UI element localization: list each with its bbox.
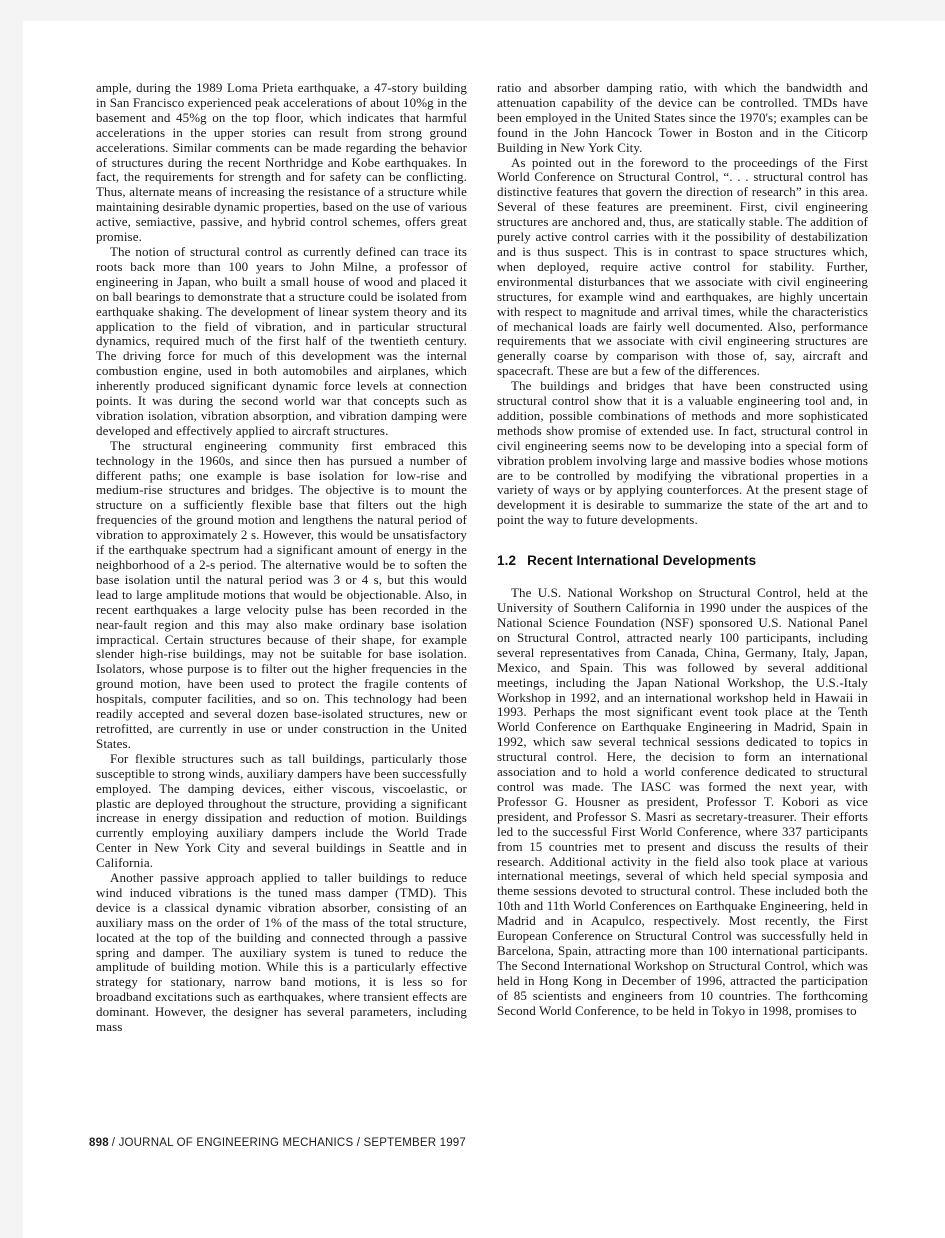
section-heading: 1.2Recent International Developments — [497, 553, 868, 569]
paragraph: The notion of structural control as curr… — [96, 245, 467, 439]
page-footer: 898/ JOURNAL OF ENGINEERING MECHANICS / … — [89, 1137, 466, 1149]
footer-page-number: 898 — [89, 1137, 109, 1149]
text-column-right: ratio and absorber damping ratio, with w… — [497, 81, 868, 1035]
paragraph: ample, during the 1989 Loma Prieta earth… — [96, 81, 467, 245]
paragraph: Another passive approach applied to tall… — [96, 871, 467, 1035]
footer-journal-title: / JOURNAL OF ENGINEERING MECHANICS / SEP… — [112, 1137, 466, 1149]
section-title: Recent International Developments — [527, 553, 756, 568]
viewer-background: ample, during the 1989 Loma Prieta earth… — [0, 0, 945, 1238]
paragraph: As pointed out in the foreword to the pr… — [497, 156, 868, 380]
page-body: ample, during the 1989 Loma Prieta earth… — [96, 81, 868, 1035]
section-number: 1.2 — [497, 553, 516, 568]
paragraph: The structural engineering community fir… — [96, 439, 467, 752]
paragraph: For flexible structures such as tall bui… — [96, 752, 467, 871]
journal-page: ample, during the 1989 Loma Prieta earth… — [23, 21, 945, 1238]
paragraph: ratio and absorber damping ratio, with w… — [497, 81, 868, 156]
text-column-left: ample, during the 1989 Loma Prieta earth… — [96, 81, 467, 1035]
paragraph: The buildings and bridges that have been… — [497, 379, 868, 528]
paragraph: The U.S. National Workshop on Structural… — [497, 586, 868, 1018]
